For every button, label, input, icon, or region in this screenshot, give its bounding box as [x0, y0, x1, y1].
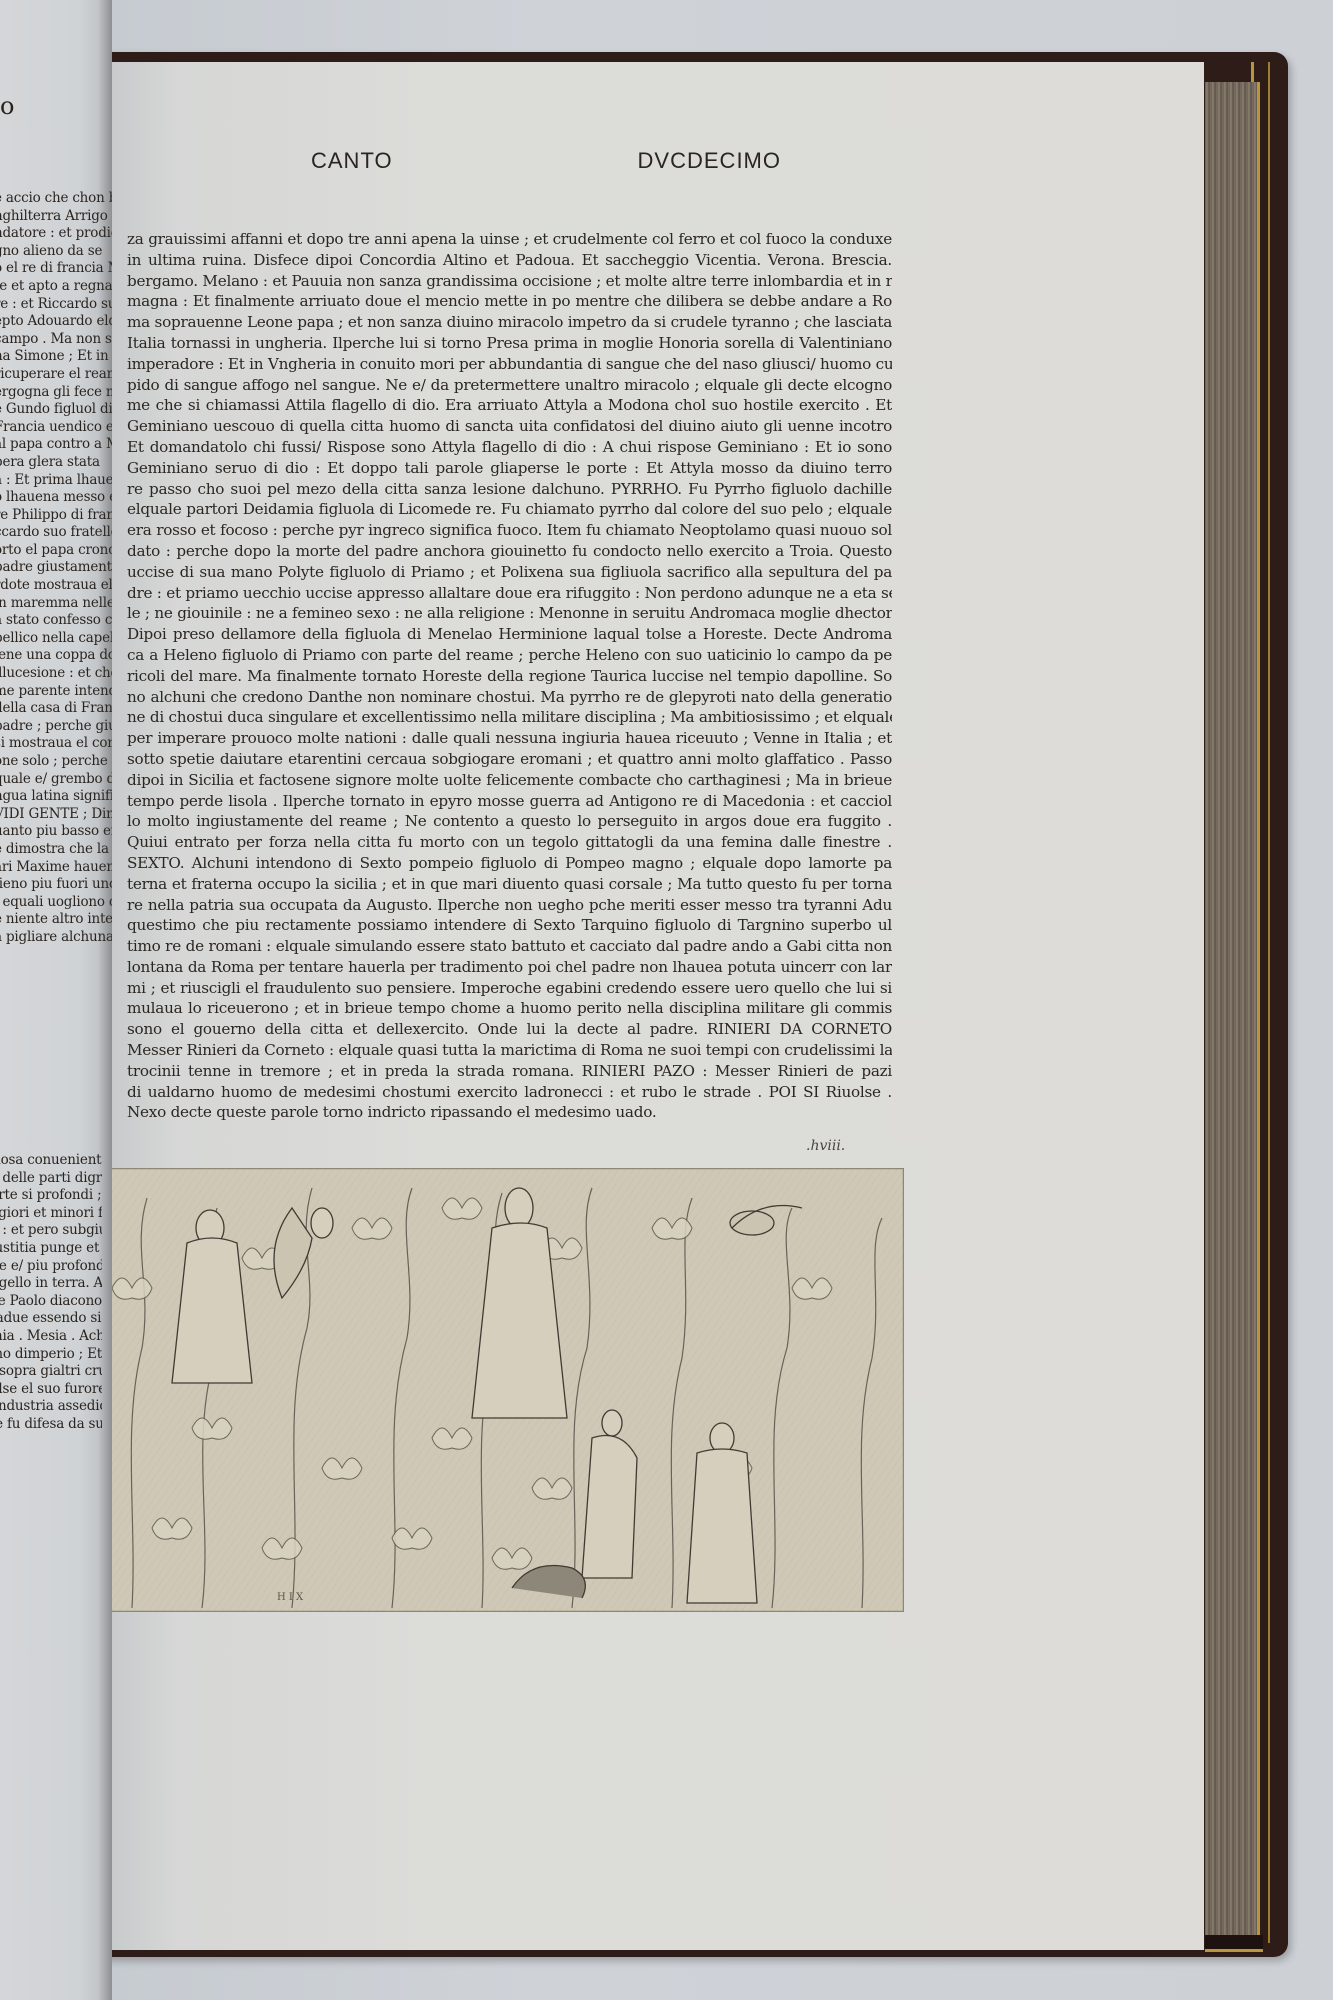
left-page-line: ue : et pero subgiugne [0, 1222, 102, 1240]
commentary-line: re nella patria sua occupata da Augusto.… [127, 895, 892, 916]
commentary-line: era rosso et focoso : perche pyr ingreco… [127, 520, 892, 541]
left-page-line: al papa contro a Manfredi [0, 436, 112, 454]
left-page-line: na Simone ; Et in modo [0, 348, 112, 366]
commentary-line: no alchuni che credono Danthe non nomina… [127, 687, 892, 708]
commentary-line: Italia tornassi in ungheria. Ilperche lu… [127, 333, 892, 354]
commentary-line: pido di sangue affogo nel sangue. Ne e/ … [127, 375, 892, 396]
left-page-line: re Philippo di francia [0, 507, 112, 525]
commentary-line: ma soprauenne Leone papa ; et non sanza … [127, 312, 892, 333]
left-page-line: no dimperio ; Et [0, 1346, 102, 1364]
left-page-line: e Gundo figluol di Simone [0, 401, 112, 419]
commentary-line: Et domandatolo chi fussi/ Rispose sono A… [127, 437, 892, 458]
commentary-line: mi ; et riuscigli el fraudulento suo pen… [127, 978, 892, 999]
commentary-line: ricoli del mare. Ma finalmente tornato H… [127, 666, 892, 687]
left-page-line: uanto piu basso erono [0, 823, 112, 841]
left-page-line: parte si profondi ; accio [0, 1187, 102, 1205]
left-page-line: ngua latina significa [0, 788, 112, 806]
left-page-line: ergogna gli fece mettere [0, 384, 112, 402]
left-page-text-block-a: e accio che chon breuitanghilterra Arrig… [0, 190, 112, 947]
left-page-line: o lhauena messo essendo [0, 489, 112, 507]
left-page-line: fieno piu fuori uno de [0, 876, 112, 894]
left-page-marker: o [0, 92, 14, 120]
left-page-line: ccardo suo fratello gia [0, 524, 112, 542]
commentary-line: sono el gouerno della citta et dellexerc… [127, 1019, 892, 1040]
commentary-line: Geminiano seruo di dio : Et doppo tali p… [127, 458, 892, 479]
left-page: o e accio che chon breuitanghilterra Arr… [0, 0, 112, 2000]
commentary-line: SEXTO. Alchuni intendono di Sexto pompei… [127, 853, 892, 874]
commentary-line: in ultima ruina. Disfece dipoi Concordia… [127, 250, 892, 271]
commentary-line: imperadore : Et in Vngheria in conuito m… [127, 354, 892, 375]
left-page-line: rdote mostraua el corpo [0, 577, 112, 595]
woodcut-drawing: H I X [92, 1168, 904, 1612]
left-page-line: te et apto a regnare : Chelui [0, 278, 112, 296]
commentary-line: questimo che piu rectamente possiamo int… [127, 915, 892, 936]
commentary-line: sotto spetie daiutare etarentini cercaua… [127, 749, 892, 770]
running-head: CANTO DVCDECIMO [311, 148, 781, 174]
commentary-line: timo re de romani : elquale simulando es… [127, 936, 892, 957]
commentary-line: Geminiano uescouo di quella citta huomo … [127, 416, 892, 437]
left-page-line: della casa di Francia. [0, 700, 112, 718]
commentary-line: dato : perche dopo la morte del padre an… [127, 541, 892, 562]
left-page-line: padre giustamente da [0, 559, 112, 577]
left-page-line: gue e/ piu profondo . [0, 1258, 102, 1276]
cover-bottom-edge [1205, 1935, 1263, 1952]
commentary-line: tempo perde lisola . Ilperche tornato in… [127, 791, 892, 812]
left-page-line: giustitia punge et trafigge [0, 1240, 102, 1258]
left-page-line: re : et Riccardo suo fratello [0, 296, 112, 314]
commentary-line: dre : et priamo uecchio uccise appresso … [127, 583, 892, 604]
left-page-line: quale e/ grembo di dio. [0, 771, 112, 789]
left-page-line: illucesione : et chon la [0, 665, 112, 683]
left-page-line: gno alieno da se [0, 243, 112, 261]
commentary-line: bergamo. Melano : et Pauuia non sanza gr… [127, 271, 892, 292]
commentary-line: trocinii tenne in tremore ; et in preda … [127, 1061, 892, 1082]
left-page-line: one solo ; perche commesi [0, 753, 112, 771]
left-page-line: padre ; perche giustamente [0, 718, 112, 736]
commentary-line: magna : Et finalmente arriuato doue el m… [127, 291, 892, 312]
commentary-line: dipoi in Sicilia et factosene signore mo… [127, 770, 892, 791]
left-page-line: pellico nella capella [0, 630, 112, 648]
left-page-text-block-b: Chosa conuenientena delle parti digradop… [0, 1152, 102, 1434]
left-page-line: a stato confesso chome [0, 612, 112, 630]
left-page-line: e industria assedio [0, 1398, 102, 1416]
left-page-line: o el re di francia Mado Simon [0, 260, 112, 278]
commentary-line: mulaua lo riceuerono ; et in brieue temp… [127, 998, 892, 1019]
commentary-line: terna et fraterna occupo la sicilia ; et… [127, 874, 892, 895]
running-head-right: DVCDECIMO [638, 148, 781, 174]
left-page-line: orto el papa crono [0, 542, 112, 560]
left-page-line: a pigliare alchuna mala. [0, 929, 112, 947]
left-page-line: ricuperare el reame : Et [0, 366, 112, 384]
commentary-line: Dipoi preso dellamore della figluola di … [127, 624, 892, 645]
signature-mark: .hviii. [806, 1138, 845, 1154]
left-page-line: Francia uendico el padre [0, 419, 112, 437]
commentary-line: per imperare prouoco molte nationi : dal… [127, 728, 892, 749]
left-page-line: na delle parti digrado [0, 1170, 102, 1188]
left-page-line: ari Maxime hauendone [0, 859, 112, 877]
left-page-line: si mostraua el corpo di [0, 735, 112, 753]
left-page-line: iue Paolo diacono [0, 1293, 102, 1311]
left-page-line: ate fu difesa da suoi [0, 1416, 102, 1434]
running-head-left: CANTO [311, 148, 393, 174]
commentary-line: elquale partori Deidamia figluola di Lic… [127, 499, 892, 520]
left-page-line: VIDI GENTE ; Dimostra [0, 806, 112, 824]
commentary-line: lo molto ingiustamente del reame ; Ne co… [127, 811, 892, 832]
commentary-line: Messer Rinieri da Corneto : elquale quas… [127, 1040, 892, 1061]
left-page-line: epto Adouardo elquale [0, 313, 112, 331]
commentary-line: Nexo decte queste parole torno indricto … [127, 1102, 892, 1123]
woodcut-illustration: H I X [92, 1168, 904, 1612]
commentary-line: uccise di sua mano Polyte figluolo di Pr… [127, 562, 892, 583]
left-page-line: campo . Ma non sappe [0, 331, 112, 349]
left-page-line: Chosa conueniente [0, 1152, 102, 1170]
left-page-line: a : Et prima lhauea facto [0, 472, 112, 490]
commentary-line: ne di chostui duca singulare et excellen… [127, 707, 892, 728]
left-page-line: ntadue essendo signore [0, 1310, 102, 1328]
commentary-line: ca a Heleno figluolo di Priamo con parte… [127, 645, 892, 666]
commentary-text-block: za grauissimi affanni et dopo tre anni a… [127, 229, 892, 1123]
commentary-line: za grauissimi affanni et dopo tre anni a… [127, 229, 892, 250]
left-page-line: nghilterra Arrigo terzo [0, 208, 112, 226]
left-page-line: ndatore : et prodigo in [0, 225, 112, 243]
left-page-line: e niente altro intende [0, 911, 112, 929]
left-page-line: et sopra gialtri crudele [0, 1363, 102, 1381]
left-page-line: uolse el suo furore in [0, 1381, 102, 1399]
commentary-line: Quiui entrato per forza nella citta fu m… [127, 832, 892, 853]
commentary-line: lontana da Roma per tentare hauerla per … [127, 957, 892, 978]
left-page-line: in maremma nelle [0, 595, 112, 613]
commentary-line: di ualdarno huomo de medesimi chostumi e… [127, 1082, 892, 1103]
commentary-line: re passo cho suoi pel mezo della citta s… [127, 479, 892, 500]
commentary-line: le ; ne giouinile : ne a femineo sexo : … [127, 603, 892, 624]
left-page-line: pera glera stata [0, 454, 112, 472]
left-page-line: lonia . Mesia . Achaia [0, 1328, 102, 1346]
left-page-line: e accio che chon breuita [0, 190, 112, 208]
commentary-line: me che si chiamassi Attila flagello di d… [127, 395, 892, 416]
page-fore-edge [1205, 82, 1260, 1944]
left-page-line: ; equali uogliono che [0, 894, 112, 912]
woodcut-caption-mark: H I X [277, 1592, 304, 1603]
left-page-line: aggiori et minori fieno [0, 1205, 102, 1223]
left-page-line: me parente intendendo [0, 683, 112, 701]
left-page-line: flagello in terra. Ap [0, 1275, 102, 1293]
left-page-line: e dimostra che la [0, 841, 112, 859]
left-page-line: iene una coppa doro [0, 647, 112, 665]
